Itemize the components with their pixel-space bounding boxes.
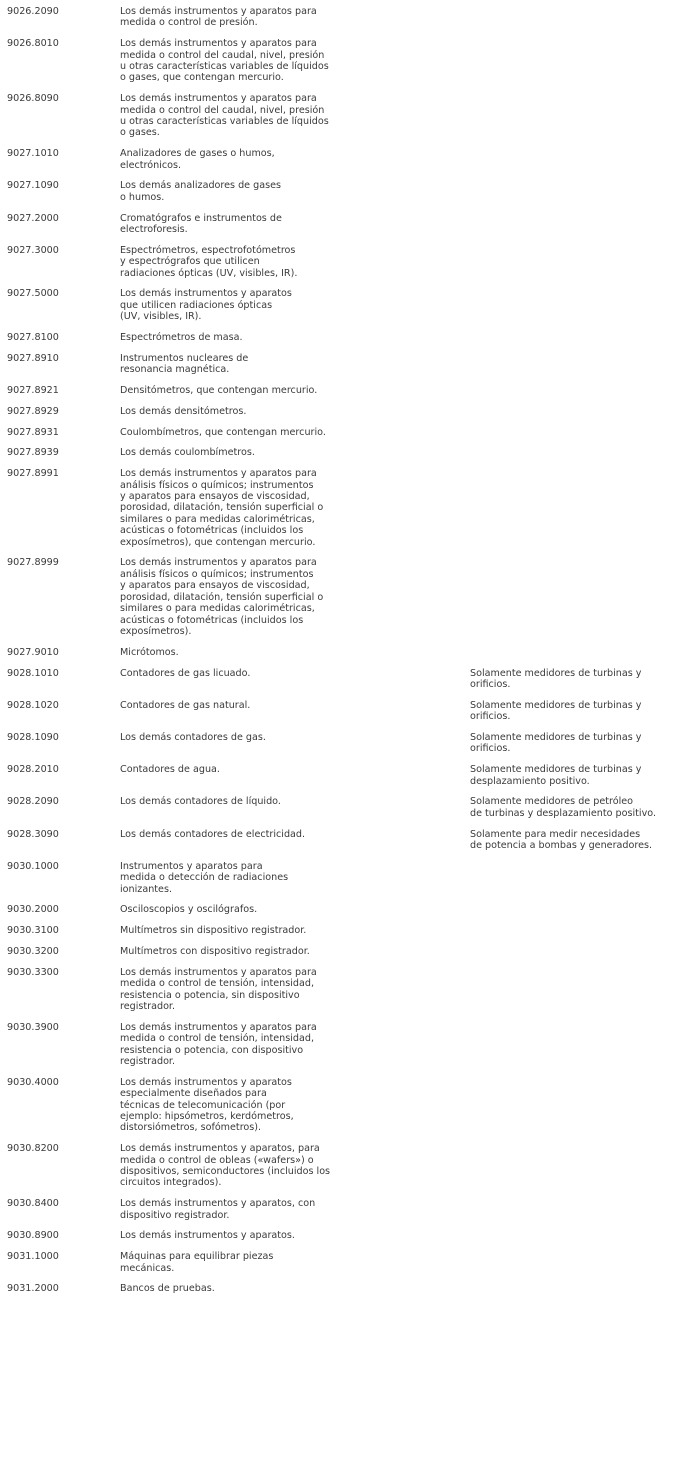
tariff-code: 9027.9010 — [0, 647, 120, 658]
table-row: 9028.2010Contadores de agua.Solamente me… — [0, 764, 698, 787]
tariff-note — [470, 288, 692, 322]
tariff-description: Los demás instrumentos y aparatos especi… — [120, 1077, 470, 1134]
table-row: 9027.2000Cromatógrafos e instrumentos de… — [0, 213, 698, 236]
tariff-code: 9027.8910 — [0, 353, 120, 376]
tariff-code: 9028.1020 — [0, 700, 120, 723]
tariff-code: 9028.3090 — [0, 829, 120, 852]
tariff-note — [470, 1230, 692, 1241]
tariff-note — [470, 148, 692, 171]
tariff-code: 9027.1090 — [0, 180, 120, 203]
tariff-description: Analizadores de gases o humos, electróni… — [120, 148, 470, 171]
tariff-description: Los demás contadores de gas. — [120, 732, 470, 755]
tariff-note — [470, 1077, 692, 1134]
table-row: 9030.3200Multímetros con dispositivo reg… — [0, 946, 698, 957]
tariff-description: Contadores de gas licuado. — [120, 668, 470, 691]
tariff-note: Solamente medidores de turbinas y despla… — [470, 764, 692, 787]
tariff-note — [470, 213, 692, 236]
table-row: 9027.8999Los demás instrumentos y aparat… — [0, 557, 698, 637]
table-row: 9031.1000Máquinas para equilibrar piezas… — [0, 1251, 698, 1274]
table-row: 9028.1090Los demás contadores de gas.Sol… — [0, 732, 698, 755]
table-row: 9030.4000Los demás instrumentos y aparat… — [0, 1077, 698, 1134]
tariff-description: Los demás contadores de electricidad. — [120, 829, 470, 852]
tariff-code: 9030.2000 — [0, 904, 120, 915]
tariff-note: Solamente medidores de turbinas y orific… — [470, 700, 692, 723]
tariff-code: 9030.8400 — [0, 1198, 120, 1221]
tariff-note — [470, 1251, 692, 1274]
tariff-description: Cromatógrafos e instrumentos de electrof… — [120, 213, 470, 236]
tariff-description: Los demás instrumentos y aparatos que ut… — [120, 288, 470, 322]
tariff-note — [470, 925, 692, 936]
tariff-description: Máquinas para equilibrar piezas mecánica… — [120, 1251, 470, 1274]
tariff-note: Solamente medidores de petróleo de turbi… — [470, 796, 692, 819]
table-row: 9027.8910Instrumentos nucleares de reson… — [0, 353, 698, 376]
tariff-code: 9027.3000 — [0, 245, 120, 279]
tariff-note: Solamente medidores de turbinas y orific… — [470, 668, 692, 691]
tariff-description: Multímetros sin dispositivo registrador. — [120, 925, 470, 936]
tariff-note — [470, 245, 692, 279]
tariff-description: Los demás analizadores de gases o humos. — [120, 180, 470, 203]
tariff-description: Bancos de pruebas. — [120, 1283, 470, 1294]
tariff-note — [470, 861, 692, 895]
table-row: 9027.8921Densitómetros, que contengan me… — [0, 385, 698, 396]
tariff-description: Los demás instrumentos y aparatos para m… — [120, 93, 470, 139]
tariff-description: Micrótomos. — [120, 647, 470, 658]
tariff-note — [470, 332, 692, 343]
tariff-code: 9030.8900 — [0, 1230, 120, 1241]
tariff-note — [470, 904, 692, 915]
tariff-note — [470, 647, 692, 658]
tariff-description: Los demás coulombímetros. — [120, 447, 470, 458]
tariff-description: Coulombímetros, que contengan mercurio. — [120, 427, 470, 438]
tariff-note — [470, 406, 692, 417]
table-row: 9027.8931Coulombímetros, que contengan m… — [0, 427, 698, 438]
tariff-note — [470, 385, 692, 396]
table-row: 9026.8090Los demás instrumentos y aparat… — [0, 93, 698, 139]
tariff-code: 9027.8991 — [0, 468, 120, 548]
tariff-code: 9027.8921 — [0, 385, 120, 396]
tariff-note — [470, 180, 692, 203]
tariff-note — [470, 38, 692, 84]
table-row: 9030.3300Los demás instrumentos y aparat… — [0, 967, 698, 1013]
tariff-description: Espectrómetros de masa. — [120, 332, 470, 343]
tariff-note — [470, 1283, 692, 1294]
tariff-note — [470, 468, 692, 548]
tariff-code: 9030.4000 — [0, 1077, 120, 1134]
tariff-note — [470, 353, 692, 376]
tariff-description: Los demás instrumentos y aparatos. — [120, 1230, 470, 1241]
tariff-description: Contadores de gas natural. — [120, 700, 470, 723]
table-row: 9027.8100Espectrómetros de masa. — [0, 332, 698, 343]
tariff-description: Densitómetros, que contengan mercurio. — [120, 385, 470, 396]
tariff-code: 9027.2000 — [0, 213, 120, 236]
table-row: 9030.8400Los demás instrumentos y aparat… — [0, 1198, 698, 1221]
tariff-code: 9031.1000 — [0, 1251, 120, 1274]
tariff-code: 9028.2010 — [0, 764, 120, 787]
tariff-note — [470, 93, 692, 139]
tariff-code: 9030.3100 — [0, 925, 120, 936]
tariff-description: Contadores de agua. — [120, 764, 470, 787]
table-row: 9030.3900Los demás instrumentos y aparat… — [0, 1022, 698, 1068]
tariff-description: Los demás instrumentos y aparatos, para … — [120, 1143, 470, 1189]
table-row: 9028.3090Los demás contadores de electri… — [0, 829, 698, 852]
tariff-code: 9026.8010 — [0, 38, 120, 84]
tariff-note — [470, 1143, 692, 1189]
tariff-description: Los demás instrumentos y aparatos para a… — [120, 557, 470, 637]
tariff-description: Los demás densitómetros. — [120, 406, 470, 417]
table-row: 9027.1090Los demás analizadores de gases… — [0, 180, 698, 203]
tariff-code: 9027.1010 — [0, 148, 120, 171]
tariff-code: 9028.2090 — [0, 796, 120, 819]
tariff-code: 9027.5000 — [0, 288, 120, 322]
table-row: 9030.8200Los demás instrumentos y aparat… — [0, 1143, 698, 1189]
tariff-description: Osciloscopios y oscilógrafos. — [120, 904, 470, 915]
tariff-code-list: 9026.2090Los demás instrumentos y aparat… — [0, 0, 698, 1295]
table-row: 9027.3000Espectrómetros, espectrofotómet… — [0, 245, 698, 279]
tariff-note — [470, 1198, 692, 1221]
tariff-note — [470, 946, 692, 957]
table-row: 9026.8010Los demás instrumentos y aparat… — [0, 38, 698, 84]
tariff-description: Espectrómetros, espectrofotómetros y esp… — [120, 245, 470, 279]
table-row: 9027.5000Los demás instrumentos y aparat… — [0, 288, 698, 322]
tariff-note — [470, 557, 692, 637]
tariff-code: 9027.8100 — [0, 332, 120, 343]
tariff-description: Instrumentos y aparatos para medida o de… — [120, 861, 470, 895]
table-row: 9028.1010Contadores de gas licuado.Solam… — [0, 668, 698, 691]
table-row: 9031.2000Bancos de pruebas. — [0, 1283, 698, 1294]
tariff-code: 9027.8999 — [0, 557, 120, 637]
tariff-code: 9030.8200 — [0, 1143, 120, 1189]
table-row: 9030.8900Los demás instrumentos y aparat… — [0, 1230, 698, 1241]
tariff-code: 9030.3300 — [0, 967, 120, 1013]
tariff-note: Solamente medidores de turbinas y orific… — [470, 732, 692, 755]
table-row: 9027.1010Analizadores de gases o humos, … — [0, 148, 698, 171]
table-row: 9026.2090Los demás instrumentos y aparat… — [0, 6, 698, 29]
tariff-description: Los demás instrumentos y aparatos para m… — [120, 6, 470, 29]
tariff-code: 9027.8939 — [0, 447, 120, 458]
tariff-description: Los demás instrumentos y aparatos, con d… — [120, 1198, 470, 1221]
table-row: 9030.1000Instrumentos y aparatos para me… — [0, 861, 698, 895]
tariff-code: 9028.1010 — [0, 668, 120, 691]
tariff-code: 9030.3200 — [0, 946, 120, 957]
table-row: 9028.2090Los demás contadores de líquido… — [0, 796, 698, 819]
tariff-code: 9030.3900 — [0, 1022, 120, 1068]
tariff-code: 9030.1000 — [0, 861, 120, 895]
tariff-description: Los demás contadores de líquido. — [120, 796, 470, 819]
tariff-code: 9031.2000 — [0, 1283, 120, 1294]
tariff-note: Solamente para medir necesidades de pote… — [470, 829, 692, 852]
table-row: 9028.1020Contadores de gas natural.Solam… — [0, 700, 698, 723]
table-row: 9030.2000Osciloscopios y oscilógrafos. — [0, 904, 698, 915]
tariff-note — [470, 967, 692, 1013]
table-row: 9027.8929Los demás densitómetros. — [0, 406, 698, 417]
tariff-code: 9027.8929 — [0, 406, 120, 417]
tariff-note — [470, 1022, 692, 1068]
tariff-description: Los demás instrumentos y aparatos para m… — [120, 1022, 470, 1068]
tariff-note — [470, 6, 692, 29]
tariff-code: 9028.1090 — [0, 732, 120, 755]
table-row: 9027.9010Micrótomos. — [0, 647, 698, 658]
table-row: 9027.8939Los demás coulombímetros. — [0, 447, 698, 458]
tariff-description: Los demás instrumentos y aparatos para a… — [120, 468, 470, 548]
tariff-description: Instrumentos nucleares de resonancia mag… — [120, 353, 470, 376]
table-row: 9030.3100Multímetros sin dispositivo reg… — [0, 925, 698, 936]
tariff-code: 9026.8090 — [0, 93, 120, 139]
tariff-description: Multímetros con dispositivo registrador. — [120, 946, 470, 957]
tariff-note — [470, 447, 692, 458]
table-row: 9027.8991Los demás instrumentos y aparat… — [0, 468, 698, 548]
tariff-description: Los demás instrumentos y aparatos para m… — [120, 38, 470, 84]
tariff-description: Los demás instrumentos y aparatos para m… — [120, 967, 470, 1013]
tariff-code: 9026.2090 — [0, 6, 120, 29]
tariff-code: 9027.8931 — [0, 427, 120, 438]
tariff-note — [470, 427, 692, 438]
